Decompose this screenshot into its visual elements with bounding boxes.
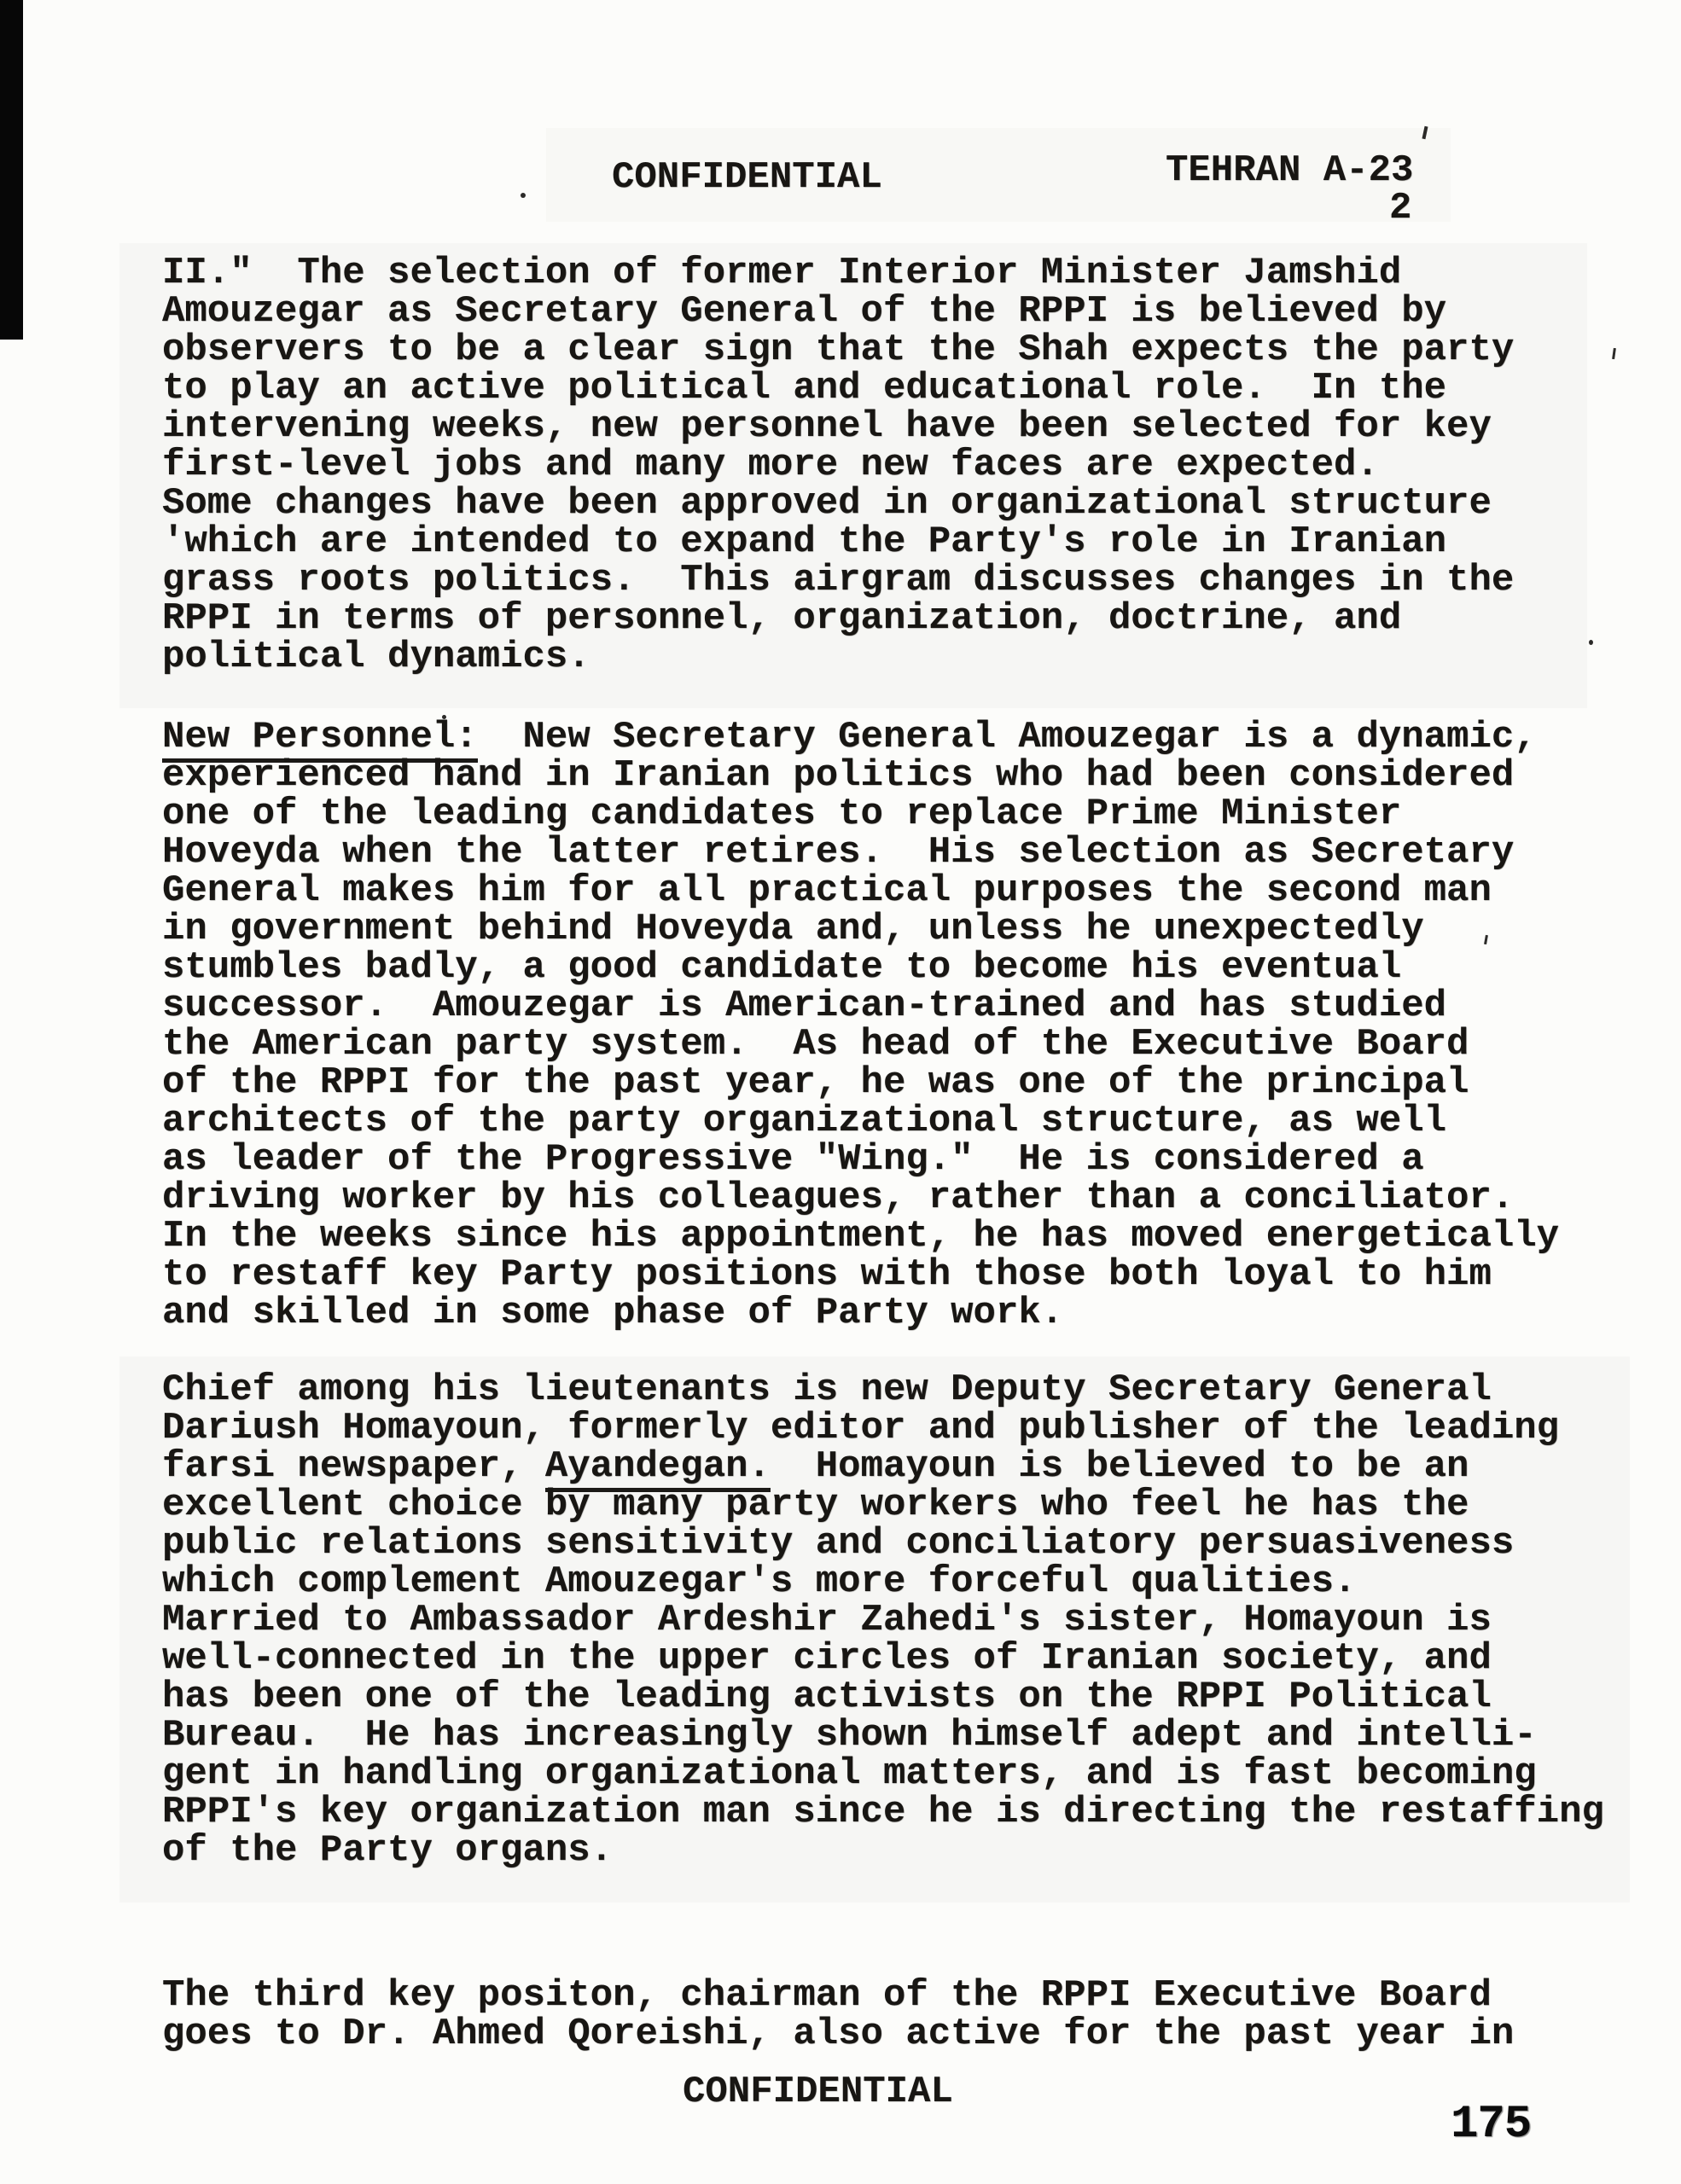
text-line: of the Party organs. bbox=[162, 1832, 1604, 1870]
text-line: architects of the party organizational s… bbox=[162, 1102, 1559, 1141]
paragraph: II." The selection of former Interior Mi… bbox=[162, 254, 1514, 677]
text-line: Some changes have been approved in organ… bbox=[162, 485, 1514, 523]
scan-speck bbox=[521, 193, 526, 198]
text-line: as leader of the Progressive "Wing." He … bbox=[162, 1141, 1559, 1179]
text-line: RPPI's key organization man since he is … bbox=[162, 1793, 1604, 1832]
text-line: successor. Amouzegar is American-trained… bbox=[162, 987, 1559, 1025]
text-segment: New Secretary General Amouzegar is a dyn… bbox=[478, 716, 1537, 758]
header-page-number: 2 bbox=[1389, 189, 1411, 228]
text-line: farsi newspaper, Ayandegan. Homayoun is … bbox=[162, 1448, 1604, 1486]
text-line: in government behind Hoveyda and, unless… bbox=[162, 910, 1559, 949]
text-line: Hoveyda when the latter retires. His sel… bbox=[162, 834, 1559, 872]
text-line: the American party system. As head of th… bbox=[162, 1025, 1559, 1064]
paragraph: The third key positon, chairman of the R… bbox=[162, 1977, 1514, 2053]
text-line: observers to be a clear sign that the Sh… bbox=[162, 331, 1514, 369]
scan-speck bbox=[1589, 640, 1593, 645]
paragraph: Chief among his lieutenants is new Deput… bbox=[162, 1371, 1604, 1870]
text-line: which complement Amouzegar's more forcef… bbox=[162, 1563, 1604, 1601]
text-line: well-connected in the upper circles of I… bbox=[162, 1640, 1604, 1678]
text-line: Amouzegar as Secretary General of the RP… bbox=[162, 293, 1514, 331]
text-line: The third key positon, chairman of the R… bbox=[162, 1977, 1514, 2015]
text-line: 'which are intended to expand the Party'… bbox=[162, 523, 1514, 561]
text-line: and skilled in some phase of Party work. bbox=[162, 1294, 1559, 1333]
text-segment: Homayoun is believed to be an bbox=[771, 1445, 1469, 1488]
stamped-page-number: 175 bbox=[1451, 2099, 1531, 2151]
text-line: Chief among his lieutenants is new Deput… bbox=[162, 1371, 1604, 1409]
scan-edge-bar bbox=[0, 0, 23, 340]
text-line: Dariush Homayoun, formerly editor and pu… bbox=[162, 1409, 1604, 1448]
scan-speck bbox=[442, 715, 446, 719]
text-line: goes to Dr. Ahmed Qoreishi, also active … bbox=[162, 2015, 1514, 2053]
text-line: excellent choice by many party workers w… bbox=[162, 1486, 1604, 1525]
document-page: CONFIDENTIAL TEHRAN A-23 2 II." The sele… bbox=[0, 0, 1681, 2184]
text-line: RPPI in terms of personnel, organization… bbox=[162, 600, 1514, 638]
text-line: of the RPPI for the past year, he was on… bbox=[162, 1064, 1559, 1102]
text-line: Bureau. He has increasingly shown himsel… bbox=[162, 1716, 1604, 1755]
text-line: II." The selection of former Interior Mi… bbox=[162, 254, 1514, 293]
text-line: gent in handling organizational matters,… bbox=[162, 1755, 1604, 1793]
text-line: has been one of the leading activists on… bbox=[162, 1678, 1604, 1716]
text-line: Married to Ambassador Ardeshir Zahedi's … bbox=[162, 1601, 1604, 1640]
text-line: grass roots politics. This airgram discu… bbox=[162, 561, 1514, 600]
text-line: General makes him for all practical purp… bbox=[162, 872, 1559, 910]
text-line: first-level jobs and many more new faces… bbox=[162, 446, 1514, 485]
text-line: experienced hand in Iranian politics who… bbox=[162, 757, 1559, 795]
text-line: driving worker by his colleagues, rather… bbox=[162, 1179, 1559, 1217]
text-line: one of the leading candidates to replace… bbox=[162, 795, 1559, 834]
text-line: political dynamics. bbox=[162, 638, 1514, 677]
scan-speck bbox=[1422, 126, 1428, 140]
header-reference-number: TEHRAN A-23 bbox=[1166, 152, 1413, 190]
text-line: New Personnel: New Secretary General Amo… bbox=[162, 718, 1559, 757]
text-line: intervening weeks, new personnel have be… bbox=[162, 408, 1514, 446]
text-line: stumbles badly, a good candidate to beco… bbox=[162, 949, 1559, 987]
text-line: In the weeks since his appointment, he h… bbox=[162, 1217, 1559, 1256]
paragraph: New Personnel: New Secretary General Amo… bbox=[162, 718, 1559, 1333]
text-line: to play an active political and educatio… bbox=[162, 369, 1514, 408]
scan-speck bbox=[1612, 348, 1616, 359]
text-line: public relations sensitivity and concili… bbox=[162, 1525, 1604, 1563]
footer-classification: CONFIDENTIAL bbox=[683, 2073, 953, 2111]
text-line: to restaff key Party positions with thos… bbox=[162, 1256, 1559, 1294]
header-classification: CONFIDENTIAL bbox=[612, 159, 882, 197]
text-segment: farsi newspaper, bbox=[162, 1445, 545, 1488]
